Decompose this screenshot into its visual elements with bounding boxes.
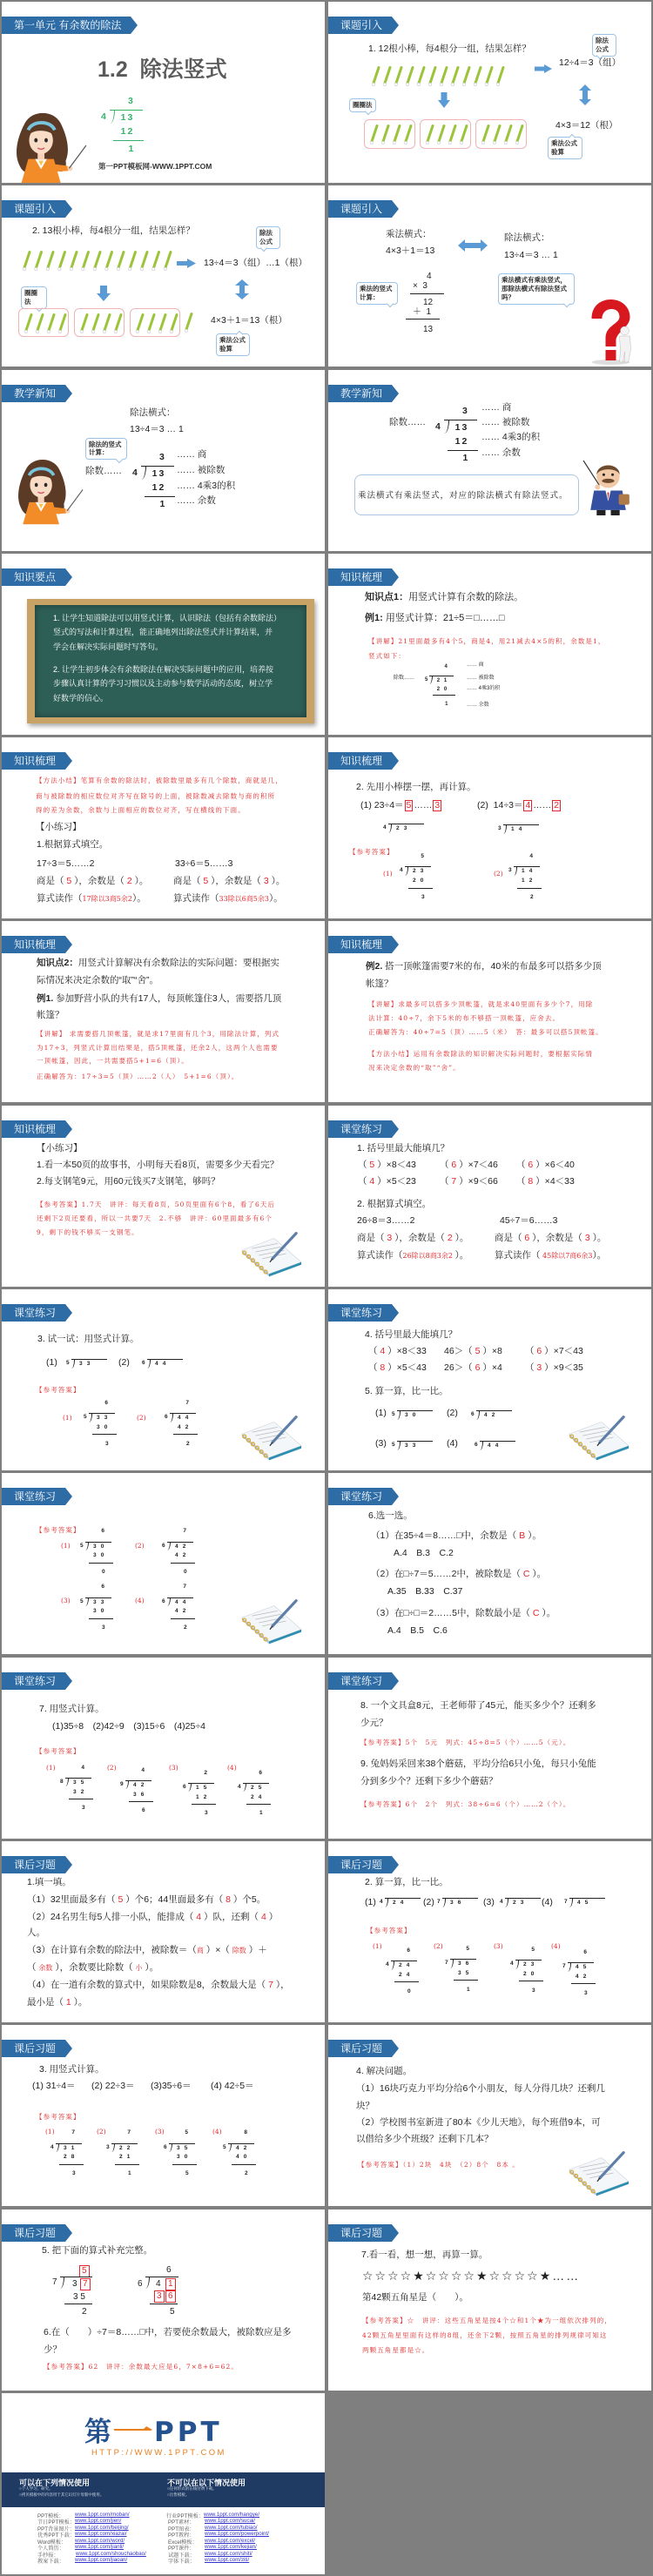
callout-circle-method: 圈圈法 [21,286,47,309]
label-dividend: …… 被除数 [467,676,495,682]
fill-item: （ 4 ）×8＜33 [368,1346,427,1357]
divisor: 4 [386,1962,389,1968]
subtraction-line [69,1799,93,1799]
fill-pre: （ [358,1176,369,1187]
text: ）， [273,1980,290,1990]
quotient: 6 [101,1584,104,1591]
choice-pre: （3）在□÷□＝2……5中，除数最小是（ [371,1608,533,1618]
remainder: 0 [407,1989,411,1995]
teacher-illustration [9,452,84,526]
dividend-given-digit: 3 [72,2279,77,2290]
answer-number: (4) [227,1764,237,1772]
fill-pre: （ [368,1362,380,1373]
answer-number: (1) [373,1942,382,1950]
label-divisor: 除数…… [394,676,414,682]
product: 12 [121,127,135,137]
question-text: 1.根据算式填空。 [37,839,108,851]
knowledge-point-text: 用竖式计算解决有余数除法的实际问题：要根据实 [78,958,279,968]
remainder: 3 [205,1811,208,1817]
equation-a: 26÷8＝3……2 [357,1215,414,1227]
section-tab: 课堂练习 [328,1672,392,1690]
text: ）＋ [246,1945,267,1955]
quotient: 2 [204,1771,207,1777]
choice-pre: （1）在35÷4＝8……□中，余数是（ [371,1530,519,1541]
quotient: 4 [141,1768,145,1774]
answer-number: (1) [45,2128,55,2135]
dividend: 23 [405,866,431,874]
explanation-line: 【讲解】21里面最多有4个5，商是4，用21减去4×5的积，余数是1， [368,637,606,645]
divisor: 5 [425,677,427,683]
fill-post: ）×4 [480,1362,502,1373]
point-2-line: 2. 让学生初步体会有余数除法在解决实际问题中的应用，培养按 [53,665,273,675]
fill-pre: （ [368,1346,380,1356]
slide-class-practice-4-5: 课堂练习 4. 括号里最大能填几？ （ 4 ）×8＜33 46＞（ 5 ）×8 … [328,1289,651,1470]
divisor: 7 [437,1900,441,1906]
section-tab: 课后习题 [2,2224,65,2242]
fill-pre: （ [358,1160,369,1170]
problem-line: 以借给多少个班级？还剩下几本？ [356,2134,494,2145]
remainder: 1 [463,454,468,463]
teacher-illustration [5,106,88,183]
section-tab: 课题引入 [328,200,392,218]
label-dividend: …… 被除数 [481,417,529,428]
problem-number: (2) [423,1897,434,1908]
fill-label: ）。 [269,893,283,904]
product: 32 [73,1790,89,1796]
summary-line: 况来决定余数的“取”“舍”。 [368,1064,461,1072]
divisor: 4 [383,825,387,831]
divisor: 5 [223,2145,226,2151]
product: 20 [437,687,451,692]
answer-label: 【参考答案】 [367,1927,412,1934]
example-text: 参加野营小队的共有17人，每顶帐篷住3人，需要搭几顶 [53,993,281,1004]
answer-line: 还剩下2页还要看，所以一共要7天 2.不够 讲评：60里面最多有6个 [37,1214,273,1222]
dividend: 42 [228,2143,254,2151]
right-arrow-icon [177,259,196,268]
question-5: 5. 算一算，比一比。 [365,1386,448,1397]
notebook-pen-illustration [562,1415,630,1462]
quotient: 7 [185,1401,189,1407]
remainder: 3 [82,1806,85,1812]
section-tab: 课后习题 [2,2040,65,2057]
fill-item: （ 4 ）×5＜23 [358,1176,416,1187]
fill-label: 商是（ [357,1233,387,1243]
fill-line: 最小是（ 1 ）。 [27,1997,87,2008]
dividend: 33 [397,1441,433,1449]
point-2-line: 好数学的信心。 [53,694,108,703]
callout-question: 乘法横式有乘法竖式，那除法横式有除法竖式吗？ [498,273,575,304]
link-jieri[interactable]: www.1ppt.com/jieri/ [75,2518,121,2524]
problem-label: (1) 23÷4＝ [360,800,404,810]
quotient: 3 [462,407,468,416]
question-text: 4. 解决问题。 [356,2066,412,2077]
subtraction-line [571,1983,596,1984]
answer-box-dividend: 7 [80,2278,91,2290]
choice-post: ）。 [529,1569,546,1579]
subtraction-line [173,1434,198,1435]
fill-item: （ 6 ）×7＜46 [440,1160,498,1171]
divisor: 4 [380,1900,383,1906]
slide-word-problems-8-9: 课堂练习 8. 一个文具盒8元，王老师带了45元，能买多少个？还剩多 少元？ 【… [328,1658,651,1839]
section-tab: 课后习题 [2,1856,65,1873]
remainder: 2 [530,895,534,901]
fill-item: （ 8 ）×4＜33 [516,1176,575,1187]
slide-homework-1: 课后习题 1.填一填。 （1）32里面最多有（ 5 ）个6；44里面最多有（ 8… [2,1841,325,2022]
question-8-line: 少元？ [360,1718,388,1729]
dividend: 24 [391,1961,417,1968]
question-text: 1.填一填。 [27,1877,71,1888]
example-text: 搭一顶帐篷需要7米的布，40米的布最多可以搭多少顶 [382,961,601,972]
fill-item: （ 6 ）×7＜43 [525,1346,583,1357]
example-line: 帐篷？ [366,979,394,990]
fill-answer: 小 [136,1964,143,1972]
product: 30 [93,1553,109,1559]
subtraction-line [64,2304,92,2304]
example-line: 帐篷？ [37,1010,64,1021]
example-heading: 例1: 用竖式计算：21÷5＝□……□ [365,613,505,624]
multiplication-equation: 4×3＋1＝13（根） [211,315,287,326]
chalkboard-surface: 1. 让学生知道除法可以用竖式计算，认识除法（包括有余数除法） 竖式的写法和计算… [35,605,306,717]
callout-division-formula: 除法公式 [592,34,616,57]
link-powerpoint[interactable]: www.1ppt.com/powerpoint/ [205,2531,269,2537]
callout-vertical-division: 除法的竖式计算： [85,438,127,461]
link-kejian[interactable]: www.1ppt.com/kejian/ [205,2544,257,2550]
chalkboard: 1. 让学生知道除法可以用竖式计算，认识除法（包括有余数除法） 竖式的写法和计算… [27,599,314,723]
dividend: 13 [141,466,174,479]
dividend: 45 [568,1962,594,1970]
subtraction-line [171,1618,195,1619]
fill-line: （2）24名男生每5人排一小队，能排成（ 4 ）队，还剩（ 4 ） [27,1912,278,1923]
subtraction-line [394,1981,419,1982]
choice-options: A.4 B.5 C.6 [387,1625,448,1637]
answer-box-remainder: 2 [552,800,561,811]
fill-label: ）。 [132,876,149,886]
quotient: 3 [128,97,133,106]
knowledge-point-heading: 知识点1：用竖式计算有余数的除法。 [365,592,523,603]
slide-multiple-choice: 课堂练习 6.选一选。 （1）在35÷4＝8……□中，余数是（ B ）。 A.4… [328,1473,651,1654]
subtraction-line [113,140,145,141]
fill-pre: 46＞（ [444,1346,475,1356]
remainder: 1 [445,702,448,707]
fill-post: ）×6＜40 [533,1160,575,1170]
answer-number: (4) [551,1942,561,1950]
slide-knowledge-point-2: 知识梳理 知识点2：用竖式计算解决有余数除法的实际问题：要根据实 际情况来决定余… [2,921,325,1102]
section-tab: 教学新知 [328,385,392,402]
fill-quotient-remainder-b: 商是（ 6 ），余数是（ 3 ）。 [495,1233,606,1244]
slide-homework-5-6: 课后习题 5. 把下面的算式补充完整。 5 7 3 7 3 5 2 6 6 4 … [2,2209,325,2391]
section-tab: 课堂练习 [328,1304,392,1322]
link-ziti[interactable]: www.1ppt.com/ziti/ [205,2557,249,2563]
product: 30 [97,1425,112,1431]
answer-number: (2) [107,1764,117,1772]
text: ）个6；44里面最多有（ [123,1894,226,1905]
site-caption: 第一PPT模板网-WWW.1PPT.COM [98,162,212,171]
fill-label: ），余数是（ [392,1233,448,1243]
summary-line: 【方法小结】运用有余数除法的知识解决实际问题时，要根据实际情 [368,1050,593,1058]
product: 35 [458,1971,474,1977]
question-9-line: 分到多少个？还剩下多少个蘑菇？ [360,1776,498,1787]
product: 42 [576,1974,591,1981]
dividend: 14 [503,824,539,832]
answer-box-quotient: 5 [405,800,414,811]
slide-class-practice-3: 课堂练习 3. 试一试：用竖式计算。 (1) 5 33 (2) 6 44 【参考… [2,1289,325,1470]
summary-line: 得的差为余数，余数与上面相应的数位对齐，写在横线的下面。 [36,806,246,814]
remainder: 5 [170,2307,175,2317]
sticks-group-illustration [23,312,68,334]
dividend: 25 [243,1783,269,1791]
fill-label: ）。 [455,1250,469,1261]
fill-label: 商是（ [37,876,66,886]
explanation-line: 正确解答为：40÷7=5（顶）……5（米） 答：最多可以搭5顶帐篷。 [368,1028,603,1036]
problem-list: (1)35÷8 (2)42÷9 (3)15÷6 (4)25÷4 [52,1721,205,1732]
choice-post: ）。 [539,1608,555,1618]
answer-9: 【参考答案】6个 2个 列式：38÷6=6（个）……2（个）。 [360,1800,570,1808]
product: 12 [152,483,166,493]
slide-practice-word-problems: 知识梳理 【小练习】 1.看一本50页的故事书，小明每天看8页，需要多少天看完？… [2,1106,325,1287]
remainder: 0 [102,1570,105,1576]
question-text: 2. 13根小棒，每4根分一组，结果怎样？ [32,225,195,237]
fill-post: ）×8＜43 [374,1160,416,1170]
remainder: 3 [584,1991,588,1997]
divisor: 7 [562,1964,566,1970]
logo-part: 第 [84,2417,111,2448]
vertical-addend: ＋ 1 [413,307,431,318]
sticks-group-illustration [424,123,469,145]
fill-post: ）×9＜66 [456,1176,498,1187]
label-product: …… 4乘3的积 [467,686,500,692]
fill-post: ）×7＜43 [542,1346,583,1356]
problem-number: (4) [447,1438,458,1449]
label-divisor: 除数…… [389,417,426,428]
divisor: 6 [162,1544,165,1550]
divisor: 4 [50,2145,54,2151]
product: 24 [399,1973,414,1979]
sticks-row-illustration [23,251,176,272]
fill-item: （ 7 ）×9＜66 [440,1176,498,1187]
fill-label: 商是（ [173,876,203,886]
fill-post: ）×5＜43 [385,1362,427,1373]
answer-label: 【参考答案】 [36,2113,81,2121]
answer-number: (3) [61,1597,71,1604]
choice-pre: （2）在□÷7＝5……2中，被除数是（ [371,1569,523,1579]
dividend: 21 [429,676,454,683]
sticks-row-illustration [372,66,511,87]
section-tab: 知识梳理 [2,936,65,953]
stick-group [130,308,180,337]
subtraction-line [517,888,542,889]
dividend: 33 [89,1413,115,1421]
knowledge-point-line: 知识点2：用竖式计算解决有余数除法的实际问题：要根据实 [37,958,279,969]
dividend: 42 [167,1542,193,1550]
divisor: 6 [183,1785,186,1791]
sticks-group-illustration [134,312,179,334]
divisor: 5 [80,1599,84,1605]
callout-division-formula: 除法公式 [256,226,280,249]
fill-post: ）×7＜46 [456,1160,498,1170]
label-dividend: …… 被除数 [177,465,225,476]
fill-item: （ 3 ）×9＜35 [525,1362,583,1374]
dividend: 24 [385,1898,421,1906]
remainder: 2 [82,2307,87,2317]
product: 12 [455,437,469,447]
dividend: 44 [147,1359,183,1367]
quotient: 4 [81,1766,84,1772]
quotient: 5 [421,854,424,860]
question-mark-figure [582,299,637,365]
divisor: 5 [84,1415,87,1421]
product: 24 [251,1795,266,1801]
text: ）个5。 [231,1894,266,1905]
unit-tab: 第一单元 有余数的除法 [2,17,131,34]
quotient: 6 [101,1529,104,1535]
slide-method-summary: 知识梳理 【方法小结】笔算有余数的除法时，被除数里最多有几个除数，商就是几， 商… [2,737,325,918]
fill-pre: （ [516,1160,528,1170]
down-arrow-icon [438,92,450,108]
star-pattern: ☆☆☆☆★☆☆☆☆★☆☆☆☆★…… [362,2269,580,2283]
problem-label: (2) 14÷3＝ [477,800,522,810]
label-product: …… 4乘3的积 [481,432,540,443]
link-jianli[interactable]: www.1ppt.com/jianli/ [75,2544,124,2550]
text: （3）在计算有余数的除法中，被除数＝（ [27,1945,197,1955]
divisor: 4 [510,1961,514,1967]
question-text: 6.选一选。 [368,1510,413,1522]
question-text: 2. 先用小棒摆一摆，再计算。 [356,782,476,793]
link-tubiao[interactable]: www.1ppt.com/tubiao/ [205,2525,258,2531]
answer-reading: 45除以7商6余3 [541,1252,593,1260]
dividend: 45 [569,1898,605,1906]
dividend: 23 [505,1898,541,1906]
dividend: 30 [397,1410,433,1418]
answer-label: 【参考答案】 [349,848,394,856]
fill-item: 26＞（ 6 ）×4 [444,1362,502,1374]
slide-intro-horizontal-vertical: 课题引入 乘法横式： 4×3＋1＝13 除法横式： 13÷4＝3 … 1 乘法的… [328,185,651,367]
problem-number: (2) [447,1408,458,1419]
fill-post: ）×5＜23 [374,1176,416,1187]
divisor: 4 [101,112,106,122]
section-tab: 知识梳理 [2,752,65,770]
callout-multiplication-check: 乘法公式验算 [216,333,250,356]
label-quotient: …… 商 [467,662,484,669]
product: 40 [236,2155,252,2161]
explanation-line: 一顶帐篷，因此，一共需要搭5+1=6（顶）。 [37,1057,189,1065]
example-label: 例2. [366,961,382,972]
link-hangye[interactable]: www.1ppt.com/hangye/ [204,2512,259,2518]
subtraction-line [145,496,176,497]
text: ）×（ [204,1945,232,1955]
link-label: 字体下载： [168,2557,195,2565]
link-moban[interactable]: www.1ppt.com/moban/ [75,2512,130,2518]
slide-teaching-division-terms: 教学新知 除法横式： 13÷4＝3 … 1 除法的竖式计算： 3 4 13 12… [2,370,325,551]
problem-number: (1) [365,1897,376,1908]
remainder: 1 [129,145,134,154]
answer-reading: 17除以3商5余2 [83,895,132,903]
knowledge-point-text: 用竖式计算有余数的除法。 [408,592,523,602]
problem-number: (4) [542,1897,553,1908]
vertical-line [410,293,444,294]
section-tab: 课题引入 [2,200,65,218]
fill-label: 商是（ [495,1233,524,1243]
product: 3 5 [73,2292,85,2303]
answer-number: (2) [494,870,503,878]
quotient: 6 [583,1950,587,1956]
division-equation: 12÷4＝3（组） [559,57,621,69]
question-9-line: 9. 兔妈妈采回来38个蘑菇，平均分给6只小兔，每只小兔能 [360,1759,596,1770]
explanation-line: 正确解答为：17÷3=5（顶）……2（人） 5+1=6（顶）。 [37,1073,239,1080]
callout-vertical-multiplication: 乘法的竖式计算： [356,282,398,305]
choice-question: （3）在□÷□＝2……5中，除数最小是（ C ）。 [371,1608,555,1619]
link-jiaoan[interactable]: www.1ppt.com/jiaoan/ [75,2557,127,2563]
section-tab: 课堂练习 [2,1304,65,1322]
divisor: 5 [392,1443,395,1449]
fill-post: ）×4＜33 [533,1176,575,1187]
example-text: 用竖式计算：21÷5＝□……□ [383,613,505,623]
subtraction-line [448,450,479,451]
fill-label: ），余数是（ [529,1233,585,1243]
product: 36 [133,1792,149,1799]
divisor: 7 [445,1961,448,1967]
dividend: 22 [111,2143,138,2151]
divisor: 8 [60,1779,64,1786]
link-shouchaobao[interactable]: www.1ppt.com/shouchaobao/ [76,2551,146,2557]
answer-line: 42颗五角星里面有这样的8组，还余下2颗，按照五角星的排列规律可知这 [362,2331,608,2339]
link-word[interactable]: www.1ppt.com/word/ [75,2538,125,2544]
divisor: 5 [80,1544,84,1550]
point-1-line: 学会在解决实际问题时写答句。 [53,642,163,652]
divisor: 9 [120,1782,124,1788]
question-text: 7. 用竖式计算。 [39,1704,104,1715]
subtraction-line [519,1981,543,1981]
remainder: 2 [186,1442,190,1448]
answer-8: 【参考答案】5个 5元 列式：45÷8=5（个）……5（元）。 [360,1739,570,1746]
section-tab: 知识梳理 [328,568,392,586]
link-xiazai[interactable]: www.1ppt.com/xiazai/ [75,2531,127,2537]
answer-box-quotient: 5 [79,2265,90,2277]
link-sucai[interactable]: www.1ppt.com/sucai/ [205,2518,255,2524]
text: ）。 [71,1997,88,2008]
link-shiti[interactable]: www.1ppt.com/shiti/ [205,2551,252,2557]
fill-label: ）。 [132,893,146,904]
fill-pre: 26＞（ [444,1362,475,1373]
problem-item: (4) 42÷5＝ [211,2081,254,2092]
multiplication-horizontal-equation: 4×3＋1＝13 [386,245,434,257]
section-tab: 教学新知 [2,385,65,402]
slide-class-practice-answers: 课堂练习 【参考答案】 (1) 6530300 (2) 7642420 (3) … [2,1473,325,1654]
problem-number: (1) [375,1408,387,1419]
fill-quotient-remainder-a: 商是（ 5 ），余数是（ 2 ）。 [37,876,148,887]
quotient: 6 [407,1948,410,1954]
answer-number: (2) [135,1542,145,1550]
subtraction-line [454,1980,478,1981]
dividend: 13 [110,110,143,123]
divisor: 6 [164,2145,167,2151]
question-5: 5. 把下面的算式补充完整。 [42,2245,152,2257]
dividend: 23 [515,1960,542,1967]
question-text: 3. 用竖式计算。 [39,2064,104,2075]
can-use-item: ○个人学习、研究。 [19,2486,53,2492]
point-1-line: 竖式的写法和计算过程，能正确地列出除法竖式并计算结果，并 [53,628,273,637]
division-equation: 13÷4＝3（组）…1（根） [204,258,307,269]
subtraction-line [59,2164,84,2165]
subtraction-line [89,1618,113,1619]
fill-pre: （ [440,1160,451,1170]
product: 28 [64,2155,79,2161]
divisor: 6 [138,2279,143,2290]
divisor: 3 [498,826,502,832]
division-horizontal-label: 除法横式： [504,232,550,244]
fill-item: （ 5 ）×8＜43 [358,1160,416,1171]
link-excel[interactable]: www.1ppt.com/excel/ [205,2538,255,2544]
link-beijing[interactable]: www.1ppt.com/beijing/ [75,2525,129,2531]
